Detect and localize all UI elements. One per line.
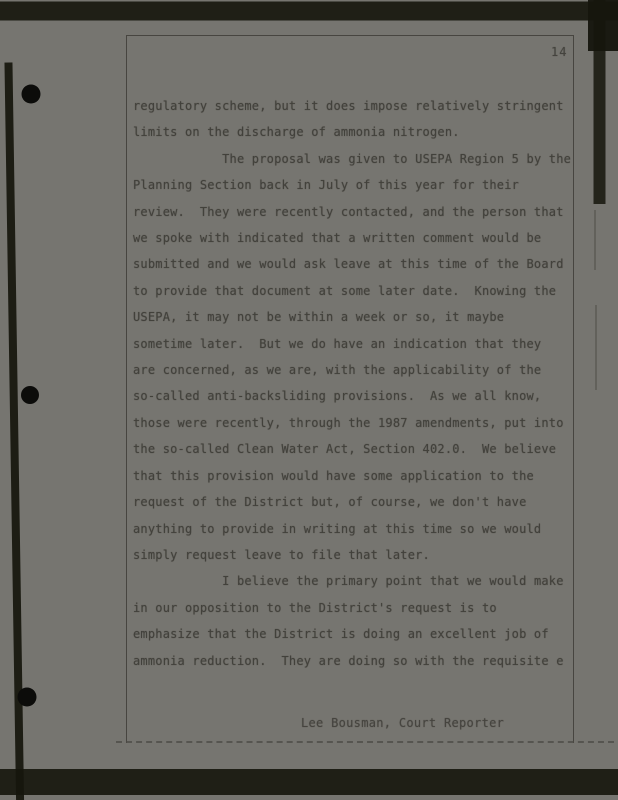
- court-reporter-line: Lee Bousman, Court Reporter: [301, 716, 504, 730]
- scan-page: 14 regulatory scheme, but it does impose…: [0, 0, 618, 800]
- bottom-edge-band: [0, 772, 618, 792]
- left-edge-band: [7, 158, 23, 792]
- transcript-text: regulatory scheme, but it does impose re…: [133, 93, 578, 674]
- hole-punch-top: [22, 85, 41, 104]
- hole-punch-middle: [21, 386, 39, 404]
- scan-artifact-line: [595, 305, 597, 390]
- footer-rule: [116, 741, 614, 743]
- right-edge-band: [595, 20, 604, 180]
- page-number: 14: [551, 45, 567, 59]
- top-edge-band: [0, 4, 618, 18]
- scan-artifact-line: [594, 210, 596, 270]
- top-right-corner-blot: [592, 0, 618, 44]
- hole-punch-bottom: [18, 688, 37, 707]
